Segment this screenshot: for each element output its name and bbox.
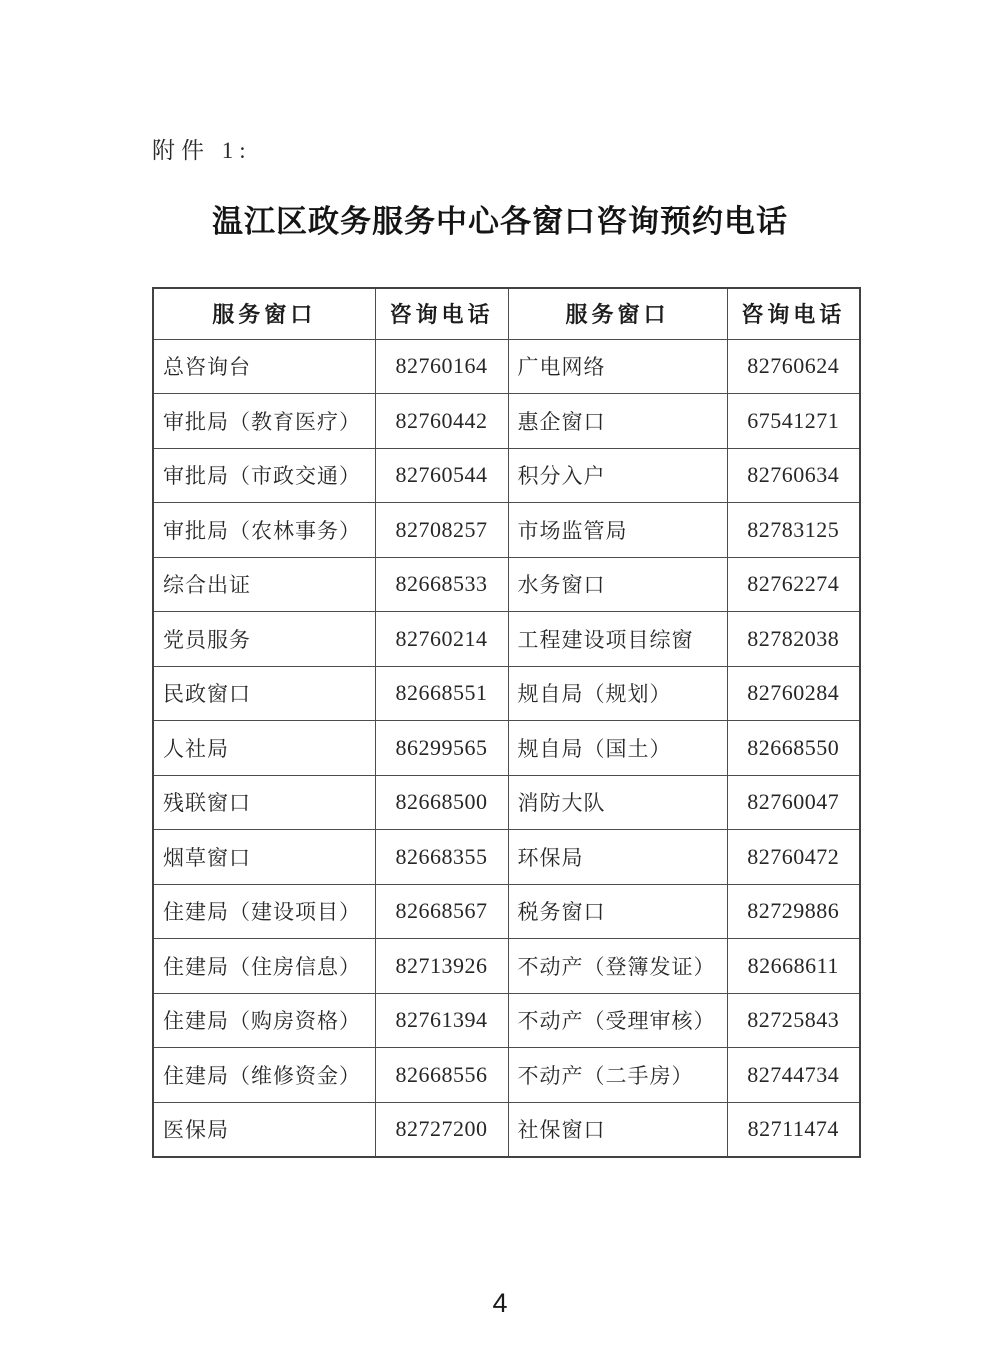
phone-number-cell: 82783125 — [727, 503, 860, 558]
phone-number-cell: 86299565 — [375, 721, 508, 776]
phone-number-cell: 82760544 — [375, 448, 508, 503]
service-window-cell: 党员服务 — [153, 612, 375, 667]
column-header-phone-1: 咨询电话 — [375, 288, 508, 339]
table-row: 人社局86299565规自局（国土）82668550 — [153, 721, 860, 776]
table-row: 住建局（购房资格）82761394不动产（受理审核）82725843 — [153, 993, 860, 1048]
service-window-cell: 住建局（住房信息） — [153, 939, 375, 994]
service-window-cell: 不动产（登簿发证） — [508, 939, 727, 994]
phone-number-cell: 82725843 — [727, 993, 860, 1048]
service-window-cell: 消防大队 — [508, 775, 727, 830]
service-window-cell: 积分入户 — [508, 448, 727, 503]
phone-number-cell: 82760164 — [375, 339, 508, 394]
phone-number-cell: 82762274 — [727, 557, 860, 612]
service-window-cell: 住建局（购房资格） — [153, 993, 375, 1048]
phone-number-cell: 82727200 — [375, 1102, 508, 1157]
service-window-cell: 税务窗口 — [508, 884, 727, 939]
service-window-cell: 综合出证 — [153, 557, 375, 612]
phone-number-cell: 82668550 — [727, 721, 860, 776]
service-window-cell: 住建局（维修资金） — [153, 1048, 375, 1103]
document-page: 附件 1: 温江区政务服务中心各窗口咨询预约电话 服务窗口 咨询电话 服务窗口 … — [0, 0, 1000, 1349]
service-window-cell: 市场监管局 — [508, 503, 727, 558]
phone-number-cell: 82668567 — [375, 884, 508, 939]
service-window-cell: 水务窗口 — [508, 557, 727, 612]
phone-number-cell: 82761394 — [375, 993, 508, 1048]
service-window-cell: 规自局（国土） — [508, 721, 727, 776]
column-header-service-window-1: 服务窗口 — [153, 288, 375, 339]
column-header-service-window-2: 服务窗口 — [508, 288, 727, 339]
table-row: 总咨询台82760164广电网络82760624 — [153, 339, 860, 394]
table-row: 审批局（农林事务）82708257市场监管局82783125 — [153, 503, 860, 558]
service-window-cell: 住建局（建设项目） — [153, 884, 375, 939]
service-window-cell: 民政窗口 — [153, 666, 375, 721]
service-window-cell: 不动产（受理审核） — [508, 993, 727, 1048]
attachment-label: 附件 1: — [152, 132, 252, 165]
phone-number-cell: 82760214 — [375, 612, 508, 667]
table-row: 民政窗口82668551规自局（规划）82760284 — [153, 666, 860, 721]
phone-number-cell: 82668556 — [375, 1048, 508, 1103]
table-row: 综合出证82668533水务窗口82762274 — [153, 557, 860, 612]
phone-number-cell: 82760047 — [727, 775, 860, 830]
service-window-cell: 审批局（市政交通） — [153, 448, 375, 503]
service-window-cell: 残联窗口 — [153, 775, 375, 830]
service-window-cell: 广电网络 — [508, 339, 727, 394]
phone-number-cell: 82744734 — [727, 1048, 860, 1103]
service-window-cell: 总咨询台 — [153, 339, 375, 394]
phone-number-cell: 82729886 — [727, 884, 860, 939]
table-row: 审批局（市政交通）82760544积分入户82760634 — [153, 448, 860, 503]
page-number: 4 — [0, 1288, 1000, 1319]
table-row: 住建局（维修资金）82668556不动产（二手房）82744734 — [153, 1048, 860, 1103]
service-window-cell: 规自局（规划） — [508, 666, 727, 721]
phone-number-cell: 82668533 — [375, 557, 508, 612]
phone-number-cell: 67541271 — [727, 394, 860, 449]
service-window-cell: 审批局（农林事务） — [153, 503, 375, 558]
table-row: 烟草窗口82668355环保局82760472 — [153, 830, 860, 885]
table-row: 医保局82727200社保窗口82711474 — [153, 1102, 860, 1157]
phone-number-cell: 82668551 — [375, 666, 508, 721]
page-title: 温江区政务服务中心各窗口咨询预约电话 — [0, 196, 1000, 241]
service-window-cell: 环保局 — [508, 830, 727, 885]
table-row: 住建局（住房信息）82713926不动产（登簿发证）82668611 — [153, 939, 860, 994]
service-window-cell: 医保局 — [153, 1102, 375, 1157]
table-header-row: 服务窗口 咨询电话 服务窗口 咨询电话 — [153, 288, 860, 339]
service-window-cell: 惠企窗口 — [508, 394, 727, 449]
phone-number-cell: 82760472 — [727, 830, 860, 885]
column-header-phone-2: 咨询电话 — [727, 288, 860, 339]
phone-number-cell: 82668500 — [375, 775, 508, 830]
table-row: 审批局（教育医疗）82760442惠企窗口67541271 — [153, 394, 860, 449]
table-row: 残联窗口82668500消防大队82760047 — [153, 775, 860, 830]
phone-number-cell: 82713926 — [375, 939, 508, 994]
service-window-cell: 工程建设项目综窗 — [508, 612, 727, 667]
table-row: 住建局（建设项目）82668567税务窗口82729886 — [153, 884, 860, 939]
service-window-cell: 不动产（二手房） — [508, 1048, 727, 1103]
table-body: 总咨询台82760164广电网络82760624审批局（教育医疗）8276044… — [153, 339, 860, 1157]
phone-number-cell: 82760284 — [727, 666, 860, 721]
phone-number-cell: 82668611 — [727, 939, 860, 994]
service-window-cell: 人社局 — [153, 721, 375, 776]
phone-number-cell: 82708257 — [375, 503, 508, 558]
phone-directory-table: 服务窗口 咨询电话 服务窗口 咨询电话 总咨询台82760164广电网络8276… — [152, 287, 861, 1158]
phone-number-cell: 82668355 — [375, 830, 508, 885]
service-window-cell: 社保窗口 — [508, 1102, 727, 1157]
phone-number-cell: 82711474 — [727, 1102, 860, 1157]
phone-number-cell: 82782038 — [727, 612, 860, 667]
phone-number-cell: 82760624 — [727, 339, 860, 394]
service-window-cell: 审批局（教育医疗） — [153, 394, 375, 449]
table-row: 党员服务82760214工程建设项目综窗82782038 — [153, 612, 860, 667]
phone-number-cell: 82760442 — [375, 394, 508, 449]
phone-number-cell: 82760634 — [727, 448, 860, 503]
service-window-cell: 烟草窗口 — [153, 830, 375, 885]
